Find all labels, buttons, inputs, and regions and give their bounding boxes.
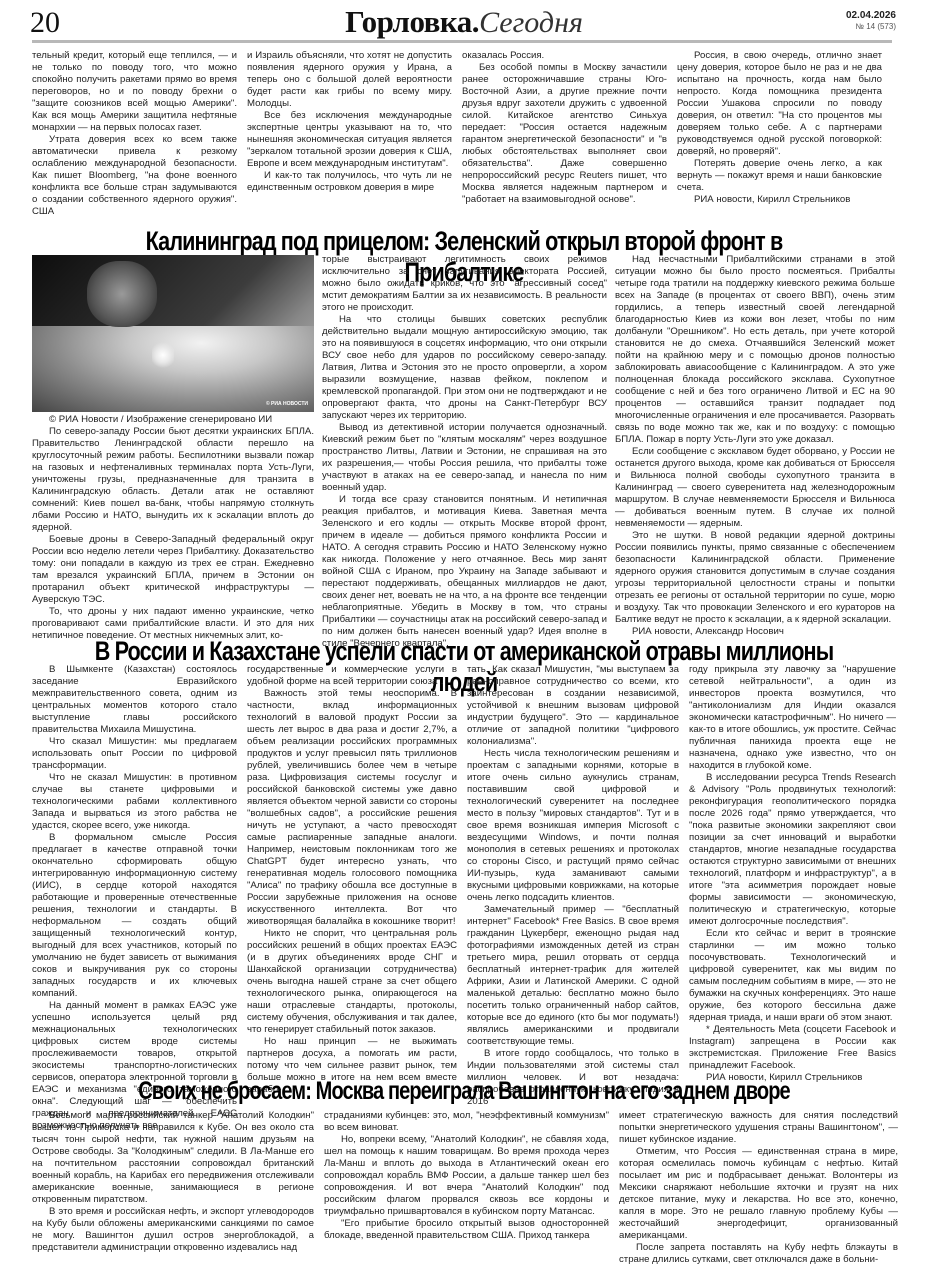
paragraph: году прикрыла эту лавочку за "нарушение … — [689, 664, 896, 772]
paragraph: В исследовании ресурса Trends Research &… — [689, 772, 896, 928]
cuba-headline: Своих не бросаем: Москва переиграла Ваши… — [93, 1077, 835, 1106]
newspaper-logo: Горловка.Сегодня — [0, 4, 928, 40]
paragraph: "Его прибытие бросило открытый вызов одн… — [324, 1218, 609, 1242]
photo-caption: © РИА Новости / Изображение сгенерирован… — [32, 414, 314, 426]
paragraph: тать. Как сказал Мишустин, "мы выступаем… — [467, 664, 679, 748]
top-col-2: и Израиль объясняли, что хотят не допуст… — [247, 50, 452, 218]
brand-script: Сегодня — [479, 6, 583, 39]
paragraph: Вывод из детективной истории получается … — [322, 422, 607, 494]
issue-info: 02.04.2026 № 14 (573) — [846, 10, 896, 31]
kazakhstan-col-4: году прикрыла эту лавочку за "нарушение … — [689, 664, 896, 1132]
paragraph: Потерять доверие очень легко, а как верн… — [677, 158, 882, 194]
paragraph: Без особой помпы в Москву зачастили ране… — [462, 62, 667, 206]
kaliningrad-col-3: Над несчастными Прибалтийскими странами … — [615, 254, 895, 638]
paragraph: государственные и коммерческие услуги в … — [247, 664, 457, 688]
flame-image — [152, 340, 174, 370]
paragraph: и Израиль объясняли, что хотят не допуст… — [247, 50, 452, 110]
paragraph: После запрета поставлять на Кубу нефть б… — [619, 1242, 898, 1266]
paragraph: страданиями кубинцев: это, мол, "неэффек… — [324, 1110, 609, 1134]
paragraph: Что не сказал Мишустин: в противном случ… — [32, 772, 237, 832]
paragraph: В формальном смысле Россия предлагает в … — [32, 832, 237, 1000]
photo-watermark: © РИА НОВОСТИ — [266, 401, 308, 407]
top-col-1: тельный кредит, который еще теплился, — … — [32, 50, 237, 218]
kazakhstan-col-3: тать. Как сказал Мишустин, "мы выступаем… — [467, 664, 679, 1132]
paragraph: Боевые дроны в Северо-Западный федеральн… — [32, 534, 314, 606]
paragraph: Россия, в свою очередь, отлично знает це… — [677, 50, 882, 158]
kaliningrad-col-2-text: торые выстраивают легитимность своих реж… — [322, 254, 607, 650]
paragraph: И как-то так получилось, что чуть ли не … — [247, 170, 452, 194]
person-image — [87, 261, 157, 327]
paragraph: В Шымкенте (Казахстан) состоялось заседа… — [32, 664, 237, 736]
paragraph: Несть числа технологическим решениям и п… — [467, 748, 679, 904]
masthead: 20 Горловка.Сегодня 02.04.2026 № 14 (573… — [0, 0, 928, 42]
paragraph: На что столицы бывших советских республи… — [322, 314, 607, 422]
footnote: * Деятельность Meta (соцсети Facebook и … — [689, 1024, 896, 1072]
cuba-col-2: страданиями кубинцев: это, мол, "неэффек… — [324, 1110, 609, 1266]
paragraph: По северо-западу России бьют десятки укр… — [32, 426, 314, 534]
paragraph: Отметим, что Россия — единственная стран… — [619, 1146, 898, 1242]
top-col-3: оказалась Россия. Без особой помпы в Мос… — [462, 50, 667, 218]
paragraph: Восьмого марта российский танкер "Анатол… — [32, 1110, 314, 1206]
kazakhstan-article: В Шымкенте (Казахстан) состоялось заседа… — [32, 664, 896, 1132]
paragraph: Над несчастными Прибалтийскими странами … — [615, 254, 895, 446]
kaliningrad-col-3-text: Над несчастными Прибалтийскими странами … — [615, 254, 895, 638]
paragraph: Важность этой темы неоспорима. В частнос… — [247, 688, 457, 928]
paragraph: Замечательный пример — "бесплатный интер… — [467, 904, 679, 1048]
cuba-article: Восьмого марта российский танкер "Анатол… — [32, 1110, 898, 1266]
paragraph: И тогда все сразу становится понятным. И… — [322, 494, 607, 650]
paragraph: Но, вопреки всему, "Анатолий Колодкин", … — [324, 1134, 609, 1218]
paragraph: тельный кредит, который еще теплился, — … — [32, 50, 237, 134]
paragraph: торые выстраивают легитимность своих реж… — [322, 254, 607, 314]
masthead-divider — [32, 40, 892, 43]
brand-main: Горловка. — [345, 4, 479, 39]
paragraph: Если кто сейчас и верит в троянские стар… — [689, 928, 896, 1024]
paragraph: В это время и российская нефть, и экспор… — [32, 1206, 314, 1254]
article-photo: © РИА НОВОСТИ — [32, 255, 314, 412]
paragraph: Никто не спорит, что центральная роль ро… — [247, 928, 457, 1036]
issue-number: № 14 (573) — [846, 22, 896, 31]
kaliningrad-col-1-text: По северо-западу России бьют десятки укр… — [32, 426, 314, 642]
paragraph: Утрата доверия всех ко всем также автома… — [32, 134, 237, 218]
cuba-col-3: имеет стратегическую важность для снятия… — [619, 1110, 898, 1266]
paragraph: Все без исключения международные эксперт… — [247, 110, 452, 170]
kaliningrad-col-1: По северо-западу России бьют десятки укр… — [32, 426, 314, 642]
paragraph: Если сообщение с эксклавом будет оборван… — [615, 446, 895, 530]
byline: РИА новости, Кирилл Стрельников — [677, 194, 882, 206]
top-col-4: Россия, в свою очередь, отлично знает це… — [677, 50, 882, 218]
top-article: тельный кредит, который еще теплился, — … — [32, 50, 892, 218]
cuba-col-1: Восьмого марта российский танкер "Анатол… — [32, 1110, 314, 1266]
kaliningrad-col-2: торые выстраивают легитимность своих реж… — [322, 254, 607, 650]
paragraph: Что сказал Мишустин: мы предлагаем испол… — [32, 736, 237, 772]
kazakhstan-col-2: государственные и коммерческие услуги в … — [247, 664, 457, 1132]
issue-date: 02.04.2026 — [846, 10, 896, 21]
paragraph: оказалась Россия. — [462, 50, 667, 62]
paragraph: Это не шутки. В новой редакции ядерной д… — [615, 530, 895, 626]
paragraph: имеет стратегическую важность для снятия… — [619, 1110, 898, 1146]
kazakhstan-col-1: В Шымкенте (Казахстан) состоялось заседа… — [32, 664, 237, 1132]
